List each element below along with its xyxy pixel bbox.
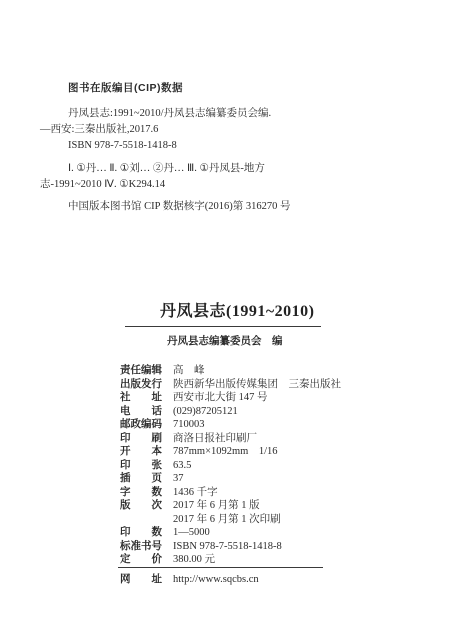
colophon-label: 版 次 bbox=[120, 499, 164, 513]
colophon-value: 2017 年 6 月第 1 版 bbox=[173, 499, 260, 513]
colophon-row-publisher: 出版发行 陕西新华出版传媒集团 三秦出版社 bbox=[120, 378, 420, 392]
colophon-row-word-count: 字 数 1436 千字 bbox=[120, 486, 420, 500]
colophon-label: 电 话 bbox=[120, 405, 164, 419]
colophon-row-isbn: 标准书号 ISBN 978-7-5518-1418-8 bbox=[120, 540, 420, 554]
colophon-label: 出版发行 bbox=[120, 378, 164, 392]
colophon-label: 开 本 bbox=[120, 445, 164, 459]
colophon-row-print-run: 印 数 1—5000 bbox=[120, 526, 420, 540]
colophon-value: 380.00 元 bbox=[173, 553, 215, 567]
colophon-value: 西安市北大街 147 号 bbox=[173, 391, 268, 405]
colophon-value: 2017 年 6 月第 1 次印刷 bbox=[173, 513, 281, 527]
colophon-row-postcode: 邮政编码 710003 bbox=[120, 418, 420, 432]
colophon-value: 1—5000 bbox=[173, 526, 210, 540]
colophon-label: 印 张 bbox=[120, 459, 164, 473]
colophon-value: 高 峰 bbox=[173, 364, 205, 378]
colophon-row-address: 社 址 西安市北大街 147 号 bbox=[120, 391, 420, 405]
cip-isbn-line: ISBN 978-7-5518-1418-8 bbox=[68, 138, 385, 154]
cip-registry-line: 中国版本图书馆 CIP 数据核字(2016)第 316270 号 bbox=[68, 199, 385, 215]
cip-bibliographic-paragraph: 丹凤县志:1991~2010/丹凤县志编纂委员会编. —西安:三秦出版社,201… bbox=[40, 106, 385, 154]
colophon-row-format: 开 本 787mm×1092mm 1/16 bbox=[120, 445, 420, 459]
colophon-row-sheets: 印 张 63.5 bbox=[120, 459, 420, 473]
cip-classification-line-2: 志-1991~2010 Ⅳ. ①K294.14 bbox=[40, 177, 385, 193]
colophon-value: 63.5 bbox=[173, 459, 191, 473]
colophon-label: 插 页 bbox=[120, 472, 164, 486]
colophon-row-printing: 2017 年 6 月第 1 次印刷 bbox=[120, 513, 420, 527]
cip-title-line: 丹凤县志:1991~2010/丹凤县志编纂委员会编. bbox=[68, 106, 385, 122]
book-title: 丹凤县志(1991~2010) bbox=[160, 298, 314, 321]
editor-line: 丹凤县志编纂委员会 编 bbox=[167, 333, 283, 348]
cip-classification-paragraph: Ⅰ. ①丹… Ⅱ. ①刘… ②丹… Ⅲ. ①丹凤县-地方 志-1991~2010… bbox=[40, 161, 385, 193]
website-url: http://www.sqcbs.cn bbox=[173, 573, 259, 587]
footer-divider bbox=[118, 567, 323, 568]
colophon-label: 定 价 bbox=[120, 553, 164, 567]
cip-publisher-line: —西安:三秦出版社,2017.6 bbox=[40, 122, 385, 138]
colophon-value: 陕西新华出版传媒集团 三秦出版社 bbox=[173, 378, 341, 392]
colophon-label: 社 址 bbox=[120, 391, 164, 405]
website-row: 网 址 http://www.sqcbs.cn bbox=[120, 573, 259, 587]
colophon-label: 印 刷 bbox=[120, 432, 164, 446]
website-label: 网 址 bbox=[120, 573, 164, 587]
colophon-label: 标准书号 bbox=[120, 540, 164, 554]
colophon-value: ISBN 978-7-5518-1418-8 bbox=[173, 540, 282, 554]
colophon-row-inserts: 插 页 37 bbox=[120, 472, 420, 486]
colophon-label: 邮政编码 bbox=[120, 418, 164, 432]
colophon-label: 责任编辑 bbox=[120, 364, 164, 378]
colophon-row-price: 定 价 380.00 元 bbox=[120, 553, 420, 567]
cip-heading: 图书在版编目(CIP)数据 bbox=[68, 80, 385, 96]
colophon-label: 印 数 bbox=[120, 526, 164, 540]
colophon-row-edition: 版 次 2017 年 6 月第 1 版 bbox=[120, 499, 420, 513]
colophon-page: 图书在版编目(CIP)数据 丹凤县志:1991~2010/丹凤县志编纂委员会编.… bbox=[0, 0, 450, 632]
cip-block: 图书在版编目(CIP)数据 丹凤县志:1991~2010/丹凤县志编纂委员会编.… bbox=[40, 80, 385, 215]
colophon-value: 1436 千字 bbox=[173, 486, 218, 500]
colophon-value: 37 bbox=[173, 472, 184, 486]
colophon-value: 710003 bbox=[173, 418, 205, 432]
cip-classification-line-1: Ⅰ. ①丹… Ⅱ. ①刘… ②丹… Ⅲ. ①丹凤县-地方 bbox=[68, 161, 385, 177]
colophon-row-printer: 印 刷 商洛日报社印刷厂 bbox=[120, 432, 420, 446]
colophon-label: 字 数 bbox=[120, 486, 164, 500]
colophon-row-phone: 电 话 (029)87205121 bbox=[120, 405, 420, 419]
colophon-value: 787mm×1092mm 1/16 bbox=[173, 445, 278, 459]
colophon-row-responsible-editor: 责任编辑 高 峰 bbox=[120, 364, 420, 378]
title-divider bbox=[125, 326, 321, 327]
colophon-value: 商洛日报社印刷厂 bbox=[173, 432, 257, 446]
colophon-table: 责任编辑 高 峰 出版发行 陕西新华出版传媒集团 三秦出版社 社 址 西安市北大… bbox=[120, 364, 420, 567]
colophon-value: (029)87205121 bbox=[173, 405, 238, 419]
